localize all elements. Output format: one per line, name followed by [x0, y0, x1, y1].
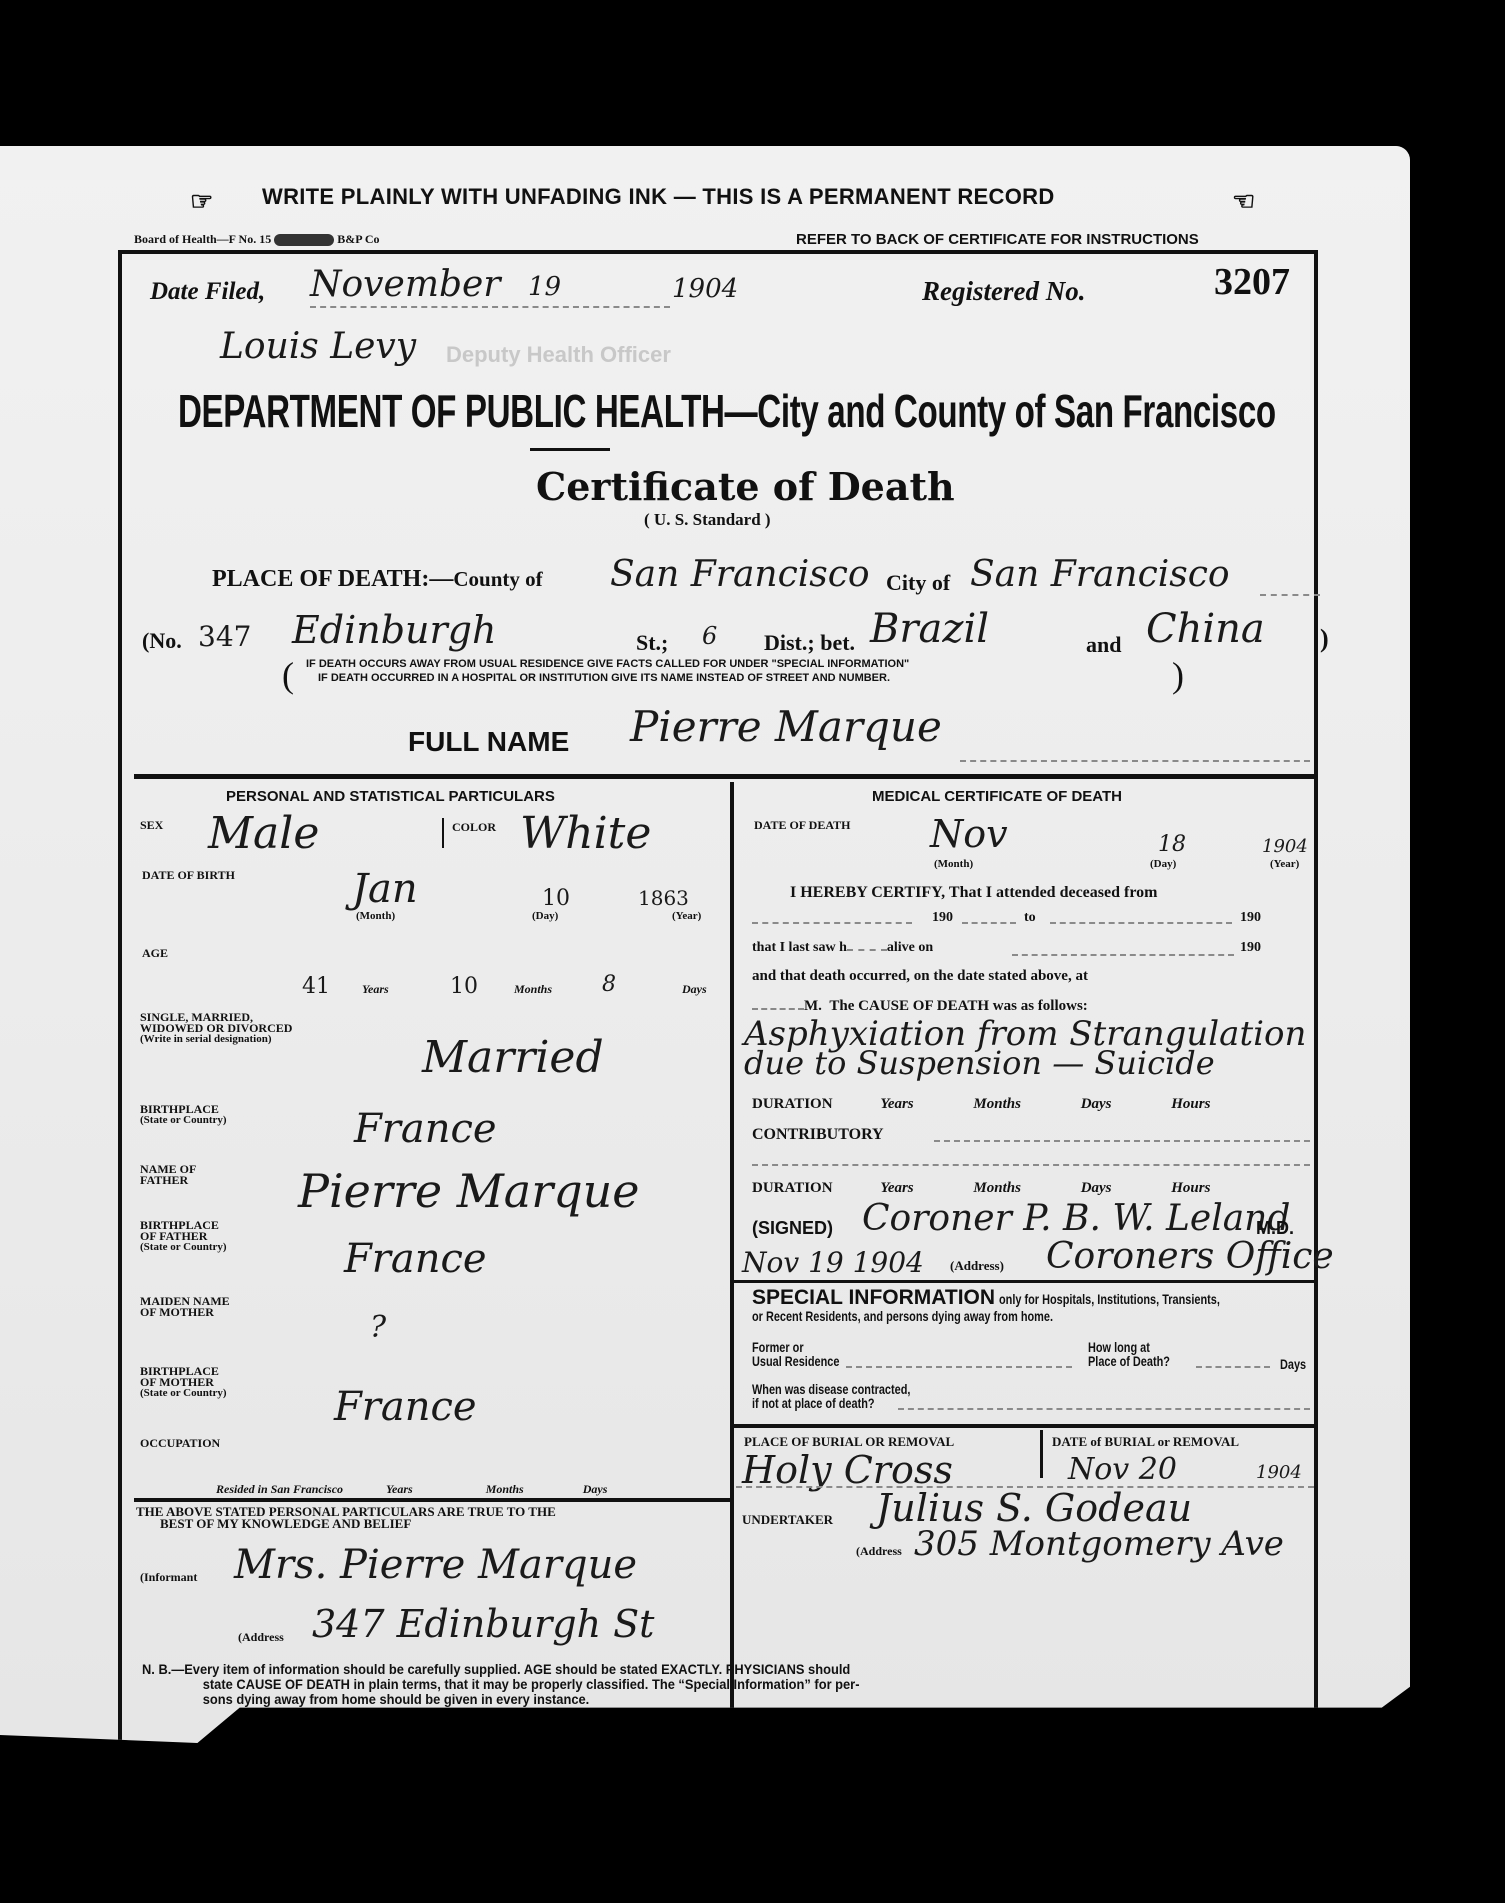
special-info-heading: SPECIAL INFORMATION only for Hospitals, … — [752, 1286, 1282, 1310]
number-label: (No. — [142, 628, 182, 654]
from-year-prefix: 190 — [932, 910, 953, 926]
birthplace-label: BIRTHPLACE (State or Country) — [140, 1104, 227, 1126]
age-years-caption: Years — [362, 982, 389, 997]
officer-title: Deputy Health Officer — [446, 342, 671, 368]
signer-address-label: (Address) — [950, 1258, 1004, 1274]
age-months-caption: Months — [514, 982, 552, 997]
date-filed-month: November — [310, 264, 501, 305]
contracted-label: When was disease contracted, if not at p… — [752, 1382, 910, 1410]
attestation: THE ABOVE STATED PERSONAL PARTICULARS AR… — [136, 1506, 556, 1530]
dob-label: DATE OF BIRTH — [142, 868, 235, 883]
to-label: to — [1024, 910, 1036, 926]
dob-year-caption: (Year) — [672, 910, 701, 922]
color-label: COLOR — [452, 820, 496, 835]
age-label: AGE — [142, 946, 168, 961]
district-label: Dist.; bet. — [764, 630, 855, 656]
father-name-value: Pierre Marque — [298, 1164, 640, 1218]
full-name-value: Pierre Marque — [630, 702, 942, 751]
undertaker-label: UNDERTAKER — [742, 1512, 833, 1528]
occupation-label: OCCUPATION — [140, 1436, 220, 1451]
seal-icon — [274, 234, 334, 246]
age-years: 41 — [302, 974, 330, 999]
last-saw-year-prefix: 190 — [1240, 940, 1261, 956]
informant-address-value: 347 Edinburgh St — [312, 1602, 654, 1646]
city-label: City of — [886, 570, 950, 596]
us-standard: ( U. S. Standard ) — [644, 510, 771, 530]
dod-year: 1904 — [1262, 836, 1308, 857]
note-close-paren: ) — [1172, 654, 1184, 696]
mother-name-label: MAIDEN NAME OF MOTHER — [140, 1296, 230, 1318]
signer-address-value: Coroners Office — [1046, 1236, 1334, 1277]
dod-month-caption: (Month) — [934, 858, 973, 870]
signed-label: (SIGNED) — [752, 1218, 833, 1239]
dod-year-caption: (Year) — [1270, 858, 1299, 870]
days-label: Days — [1280, 1356, 1306, 1372]
contributory-label: CONTRIBUTORY — [752, 1126, 884, 1144]
medical-heading: MEDICAL CERTIFICATE OF DEATH — [872, 788, 1122, 805]
dod-day: 18 — [1158, 832, 1186, 857]
burial-year-value: 1904 — [1256, 1462, 1302, 1483]
mother-birthplace-value: France — [334, 1384, 477, 1430]
dob-month-caption: (Month) — [356, 910, 395, 922]
age-months: 10 — [450, 974, 478, 999]
how-long-label: How long at Place of Death? — [1088, 1340, 1170, 1368]
dod-label: DATE OF DEATH — [754, 818, 850, 833]
place-note-2: IF DEATH OCCURRED IN A HOSPITAL OR INSTI… — [318, 672, 890, 684]
and-label: and — [1086, 632, 1121, 658]
dod-month: Nov — [930, 812, 1008, 856]
father-birthplace-label: BIRTHPLACE OF FATHER (State or Country) — [140, 1220, 227, 1253]
informant-address-label: (Address — [238, 1630, 284, 1645]
marital-value: Married — [422, 1032, 604, 1083]
duration-row-2: DURATION Years Months Days Hours — [752, 1180, 1210, 1197]
father-name-label: NAME OF FATHER — [140, 1164, 196, 1186]
father-birthplace-value: France — [344, 1236, 487, 1282]
date-filed-label: Date Filed, — [150, 278, 265, 306]
form-id: Board of Health—F No. 15 B&P Co — [134, 232, 380, 247]
dob-day: 10 — [542, 886, 570, 911]
undertaker-address-value: 305 Montgomery Ave — [914, 1524, 1284, 1564]
former-residence-label: Former or Usual Residence — [752, 1340, 839, 1368]
street-label: St.; — [636, 630, 668, 656]
age-days: 8 — [602, 972, 616, 997]
birthplace-value: France — [354, 1106, 497, 1152]
banner-text: WRITE PLAINLY WITH UNFADING INK — THIS I… — [262, 184, 1055, 210]
between-street-2: China — [1146, 606, 1265, 652]
street-number: 347 — [198, 620, 251, 653]
officer-signature: Louis Levy — [220, 326, 416, 367]
department-title: DEPARTMENT OF PUBLIC HEALTH—City and Cou… — [178, 384, 1505, 438]
last-saw-text: that I last saw halive on — [752, 940, 933, 956]
resided-label: Resided in San Francisco Years Months Da… — [216, 1482, 607, 1497]
dob-day-caption: (Day) — [532, 910, 558, 922]
column-divider — [730, 782, 734, 1796]
dod-day-caption: (Day) — [1150, 858, 1176, 870]
registered-number: 3207 — [1214, 260, 1290, 304]
certify-text: I HEREBY CERTIFY, That I attended deceas… — [790, 884, 1157, 902]
certificate-paper: ☞ WRITE PLAINLY WITH UNFADING INK — THIS… — [0, 146, 1410, 1751]
marital-label: SINGLE, MARRIED, WIDOWED OR DIVORCED (Wr… — [140, 1012, 292, 1045]
informant-label: (Informant — [140, 1570, 197, 1585]
cause-of-death-line-2: due to Suspension — Suicide — [744, 1044, 1215, 1082]
special-info-subheading: or Recent Residents, and persons dying a… — [752, 1308, 1053, 1324]
sex-value: Male — [208, 808, 319, 859]
district-value: 6 — [702, 622, 717, 650]
burial-date-label: DATE of BURIAL or REMOVAL — [1052, 1434, 1239, 1450]
burial-date-value: Nov 20 — [1068, 1452, 1177, 1487]
place-note-1: IF DEATH OCCURS AWAY FROM USUAL RESIDENC… — [306, 658, 909, 670]
signed-date: Nov 19 1904 — [742, 1246, 924, 1279]
registered-label: Registered No. — [922, 276, 1085, 307]
certificate-title: Certificate of Death — [536, 464, 955, 509]
color-value: White — [520, 808, 651, 859]
duration-row-1: DURATION Years Months Days Hours — [752, 1096, 1210, 1113]
personal-heading: PERSONAL AND STATISTICAL PARTICULARS — [226, 788, 555, 805]
signed-value: Coroner P. B. W. Leland — [862, 1198, 1290, 1239]
dob-month: Jan — [352, 866, 418, 912]
county-value: San Francisco — [610, 554, 870, 595]
death-occurred-text: and that death occurred, on the date sta… — [752, 968, 1088, 985]
informant-value: Mrs. Pierre Marque — [234, 1542, 637, 1588]
refer-note: REFER TO BACK OF CERTIFICATE FOR INSTRUC… — [796, 231, 1199, 248]
date-filed-year: 1904 — [672, 274, 738, 304]
to-year-prefix: 190 — [1240, 910, 1261, 926]
dob-year: 1863 — [638, 886, 689, 910]
close-paren: ) — [1320, 624, 1329, 654]
place-of-death-label: PLACE OF DEATH:—County of — [212, 566, 543, 593]
mother-birthplace-label: BIRTHPLACE OF MOTHER (State or Country) — [140, 1366, 227, 1399]
mother-name-value: ? — [370, 1310, 386, 1345]
sex-label: SEX — [140, 818, 163, 833]
pointing-hand-right-icon: ☜ — [1232, 186, 1255, 217]
age-days-caption: Days — [682, 982, 707, 997]
note-open-paren: ( — [282, 654, 294, 696]
full-name-label: FULL NAME — [408, 726, 569, 758]
undertaker-address-label: (Address — [856, 1544, 902, 1559]
pointing-hand-left-icon: ☞ — [190, 186, 213, 217]
date-filed-day: 19 — [528, 272, 561, 302]
city-value: San Francisco — [970, 554, 1230, 595]
street-name: Edinburgh — [292, 608, 496, 652]
between-street-1: Brazil — [870, 606, 989, 652]
cause-heading: M. The CAUSE OF DEATH was as follows: — [752, 998, 1088, 1015]
footer-note: N. B.—Every item of information should b… — [142, 1662, 859, 1707]
